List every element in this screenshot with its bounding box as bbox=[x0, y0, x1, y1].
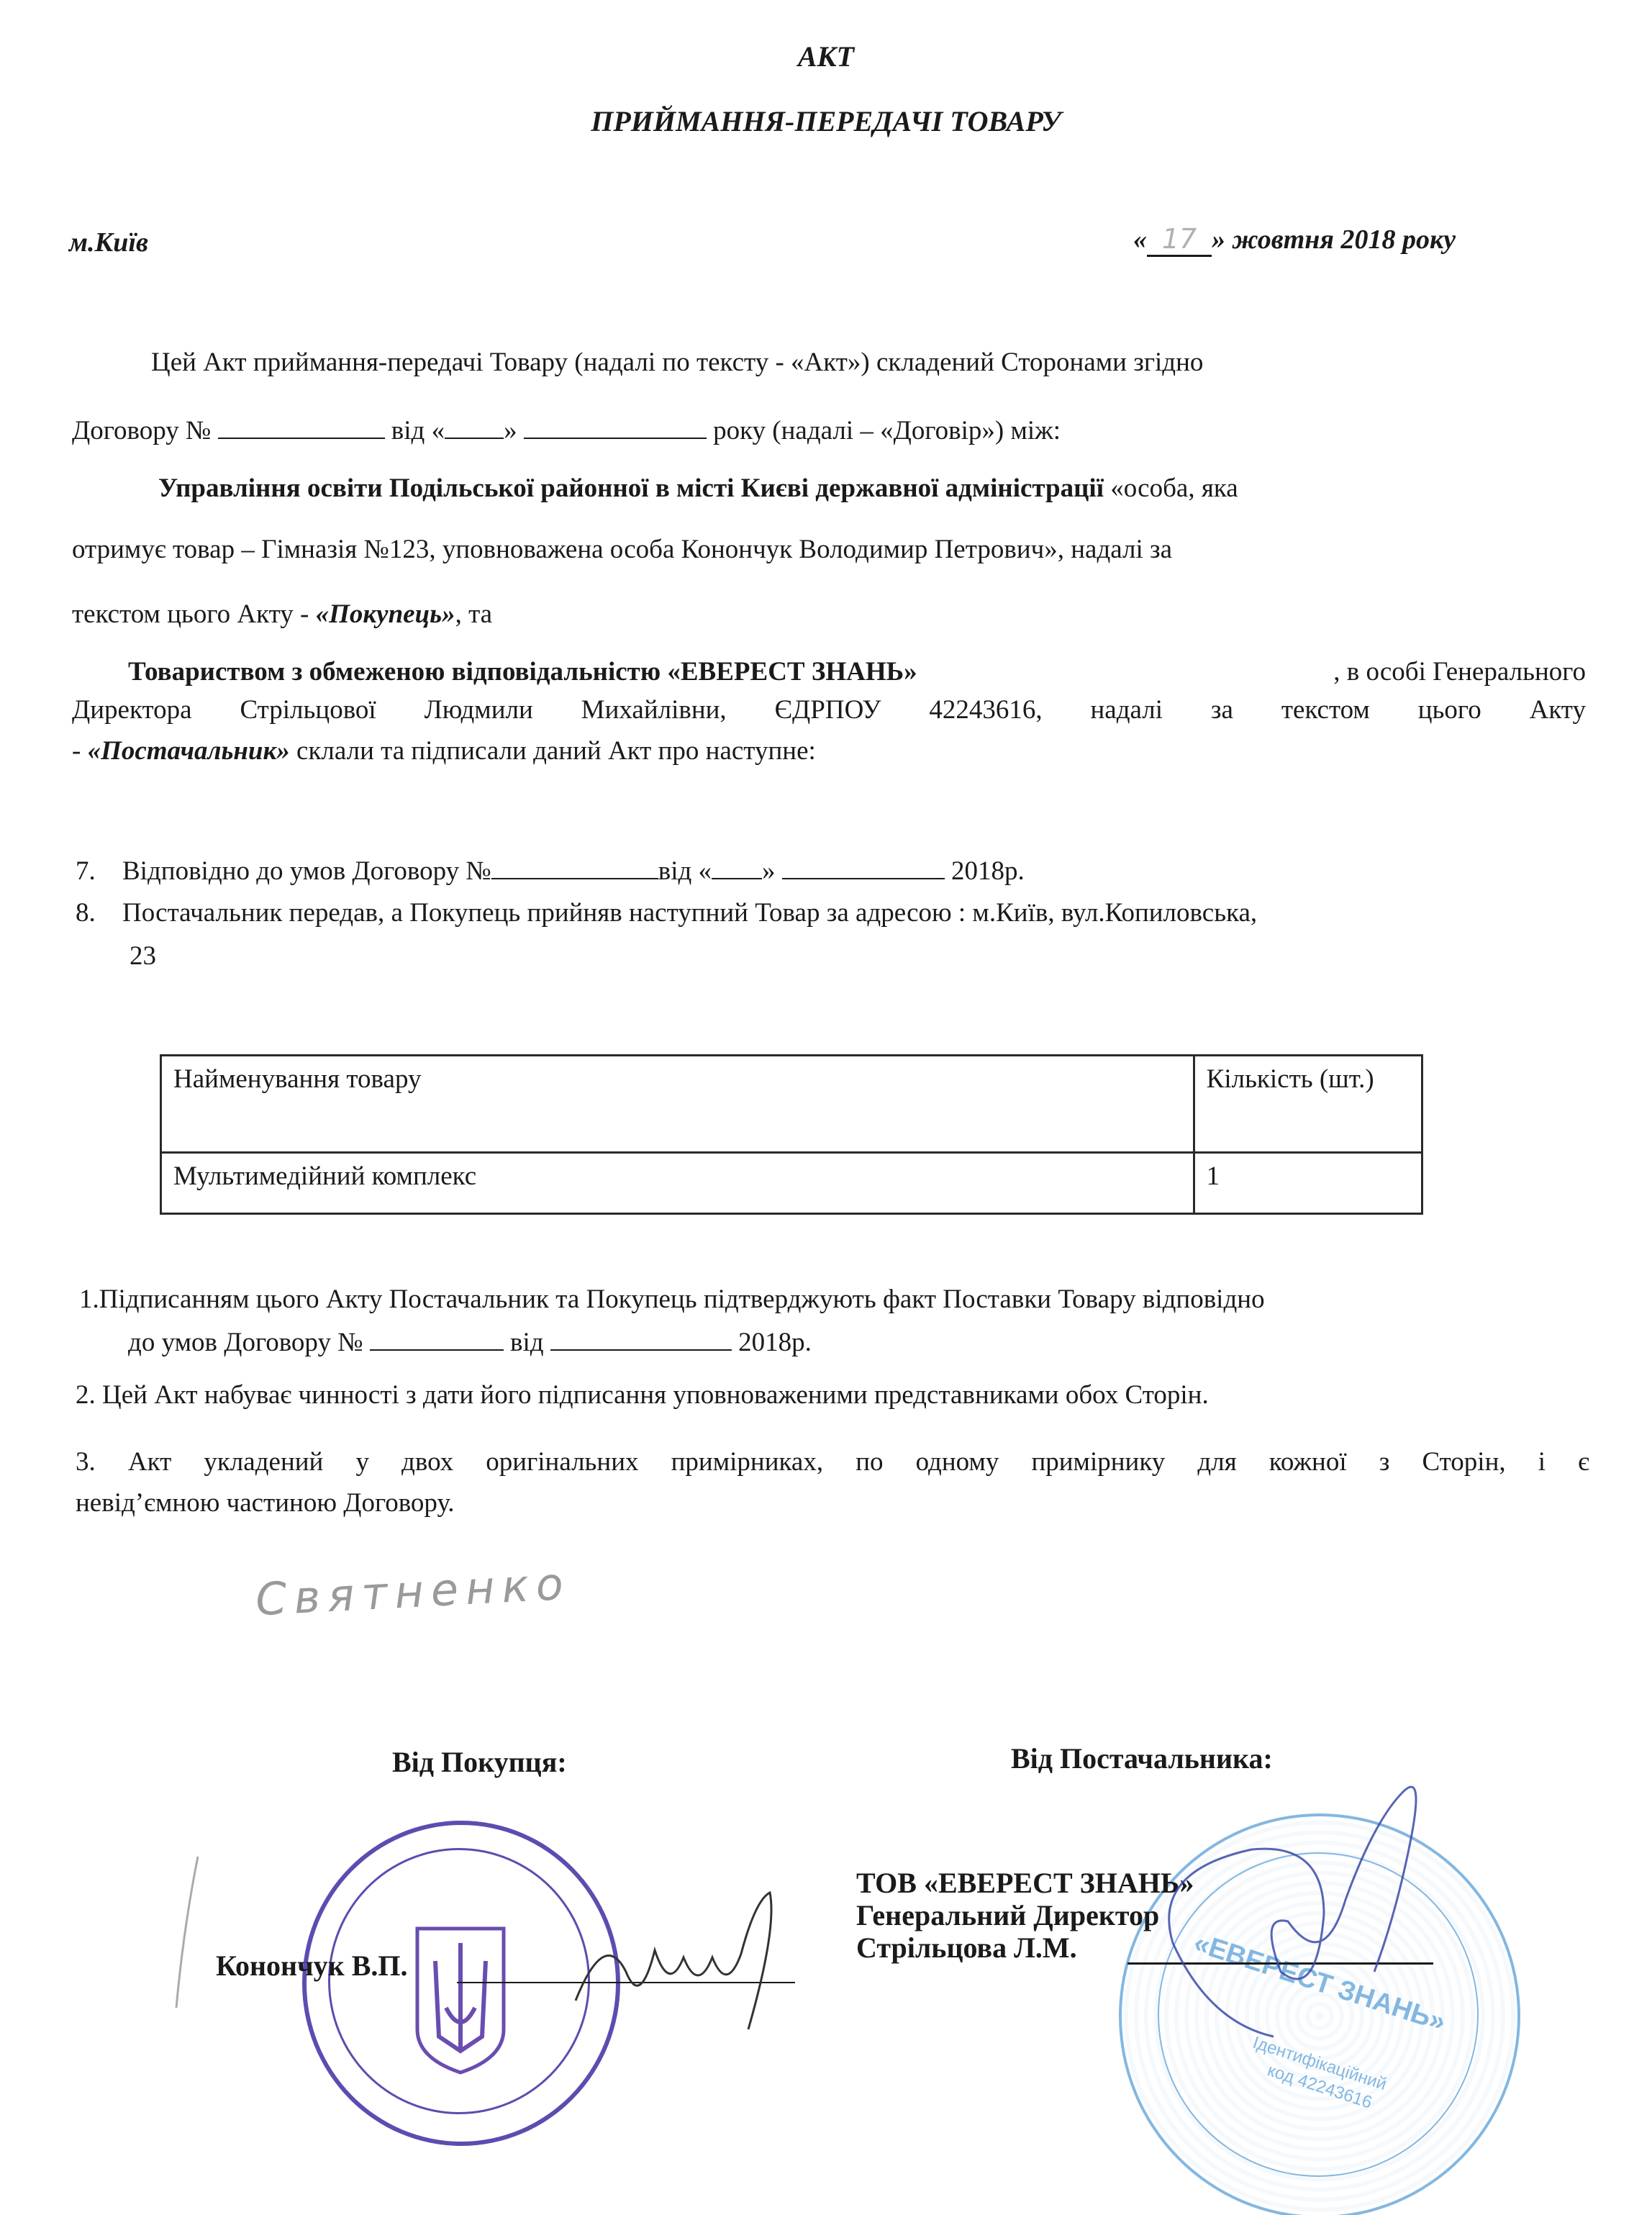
city: м.Київ bbox=[69, 227, 148, 258]
supplier-signature-icon bbox=[1108, 1756, 1482, 2058]
supplier-party-line-3: - «Постачальник» склали та підписали дан… bbox=[72, 738, 816, 764]
date-day-field[interactable]: 17 bbox=[1147, 223, 1212, 257]
table-header-row: Найменування товару Кількість (шт.) bbox=[161, 1056, 1422, 1153]
goods-table: Найменування товару Кількість (шт.) Муль… bbox=[160, 1054, 1423, 1215]
product-quantity-cell: 1 bbox=[1194, 1153, 1422, 1214]
contract-day-blank[interactable] bbox=[445, 416, 504, 439]
intro-line-2: Договору № від «» року (надалі – «Догові… bbox=[72, 416, 1061, 444]
buyer-role: «Покупець» bbox=[316, 599, 455, 629]
column-header-quantity: Кількість (шт.) bbox=[1194, 1056, 1422, 1153]
buyer-organization: Управління освіти Подільської районної в… bbox=[158, 474, 1104, 503]
clause-3-continuation: невід’ємною частиною Договору. bbox=[76, 1490, 455, 1516]
buyer-signature-icon bbox=[561, 1885, 799, 2051]
clause-8-continuation: 23 bbox=[130, 943, 156, 969]
clause-1-contract-number-blank[interactable] bbox=[370, 1328, 504, 1351]
document-date: «17» жовтня 2018 року bbox=[1133, 223, 1456, 257]
clause-7: 7. Відповідно до умов Договору №від «» 2… bbox=[76, 856, 1025, 884]
column-header-product: Найменування товару bbox=[161, 1056, 1194, 1153]
clause-1-date-blank[interactable] bbox=[550, 1328, 732, 1351]
clause-7-month-blank[interactable] bbox=[782, 856, 945, 879]
supplier-party-line-2: Директора Стрільцової Людмили Михайлівни… bbox=[72, 697, 1586, 723]
buyer-signatory-name: Конончук В.П. bbox=[216, 1950, 408, 1982]
buyer-signature-heading: Від Покупця: bbox=[392, 1745, 567, 1779]
supplier-signatory-name: Стрільцова Л.М. bbox=[856, 1932, 1077, 1964]
buyer-party-line-1: Управління освіти Подільської районної в… bbox=[158, 475, 1238, 502]
product-name-cell: Мультимедійний комплекс bbox=[161, 1153, 1194, 1214]
clause-8: 8. Постачальник передав, а Покупець прий… bbox=[76, 900, 1257, 926]
pencil-mark-icon bbox=[169, 1849, 205, 2015]
contract-number-blank[interactable] bbox=[218, 416, 385, 439]
document-subtitle: ПРИЙМАННЯ-ПЕРЕДАЧІ ТОВАРУ bbox=[0, 104, 1652, 138]
clause-7-contract-number-blank[interactable] bbox=[491, 856, 658, 879]
clause-1-continuation: до умов Договору № від 2018р. bbox=[128, 1328, 812, 1356]
clause-2: 2. Цей Акт набуває чинності з дати його … bbox=[76, 1382, 1209, 1408]
document-title: АКТ bbox=[0, 40, 1652, 73]
handwritten-note: Святненко bbox=[254, 1557, 571, 1626]
buyer-party-line-3: текстом цього Акту - «Покупець», та bbox=[72, 601, 492, 628]
clause-3: 3. Акт укладений у двох оригінальних при… bbox=[76, 1449, 1589, 1475]
contract-month-blank[interactable] bbox=[524, 416, 707, 439]
buyer-party-line-2: отримує товар – Гімназія №123, уповноваж… bbox=[72, 536, 1172, 563]
intro-line-1: Цей Акт приймання-передачі Товару (надал… bbox=[151, 349, 1203, 376]
supplier-role: «Постачальник» bbox=[88, 736, 290, 766]
supplier-organization: Товариством з обмеженою відповідальністю… bbox=[128, 658, 917, 685]
clause-1: 1.Підписанням цього Акту Постачальник та… bbox=[79, 1286, 1265, 1313]
clause-7-day-blank[interactable] bbox=[712, 856, 762, 879]
table-row: Мультимедійний комплекс 1 bbox=[161, 1153, 1422, 1214]
supplier-party-line-1: Товариством з обмеженою відповідальністю… bbox=[128, 658, 1586, 685]
